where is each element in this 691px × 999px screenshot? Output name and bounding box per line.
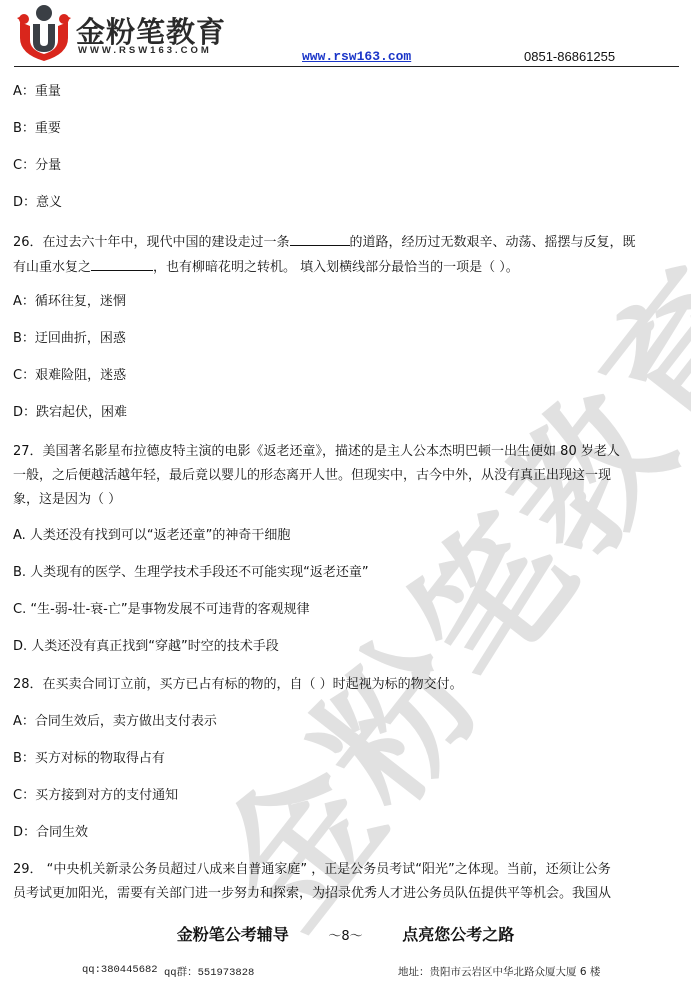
question-28-stem: 28．在买卖合同订立前，买方已占有标的物的，自（ ）时起视为标的物交付。 xyxy=(13,677,463,693)
option-b: B：重要 xyxy=(13,121,61,137)
question-29-stem-line1: 29． “中央机关新录公务员超过八成来自普通家庭” ，正是公务员考试“阳光”之体… xyxy=(13,862,611,878)
option-a: A：重量 xyxy=(13,84,61,100)
footer-qq: qq:380445682 xyxy=(82,964,158,976)
fill-blank xyxy=(290,233,350,246)
option-b: B：买方对标的物取得占有 xyxy=(13,751,165,767)
option-d: D：跌宕起伏，困难 xyxy=(13,405,127,421)
option-d: D：合同生效 xyxy=(13,825,88,841)
question-27-stem-line3: 象，这是因为（ ） xyxy=(13,492,121,508)
phone-number: 0851-86861255 xyxy=(524,49,615,64)
page-header: 金粉笔教育 WWW.RSW163.COM www.rsw163.com 0851… xyxy=(0,0,691,66)
page-footer-title: 金粉笔公考辅导 ～8～ 点亮您公考之路 xyxy=(0,922,691,945)
fill-blank xyxy=(91,258,153,271)
question-27-stem-line1: 27．美国著名影星布拉德皮特主演的电影《返老还童》，描述的是主人公本杰明巴顿一出… xyxy=(13,444,620,460)
option-d: D. 人类还没有真正找到“穿越”时空的技术手段 xyxy=(13,639,279,655)
question-27-stem-line2: 一般，之后便越活越年轻，最后竟以婴儿的形态离开人世。但现实中，古今中外，从没有真… xyxy=(13,468,611,484)
stem-text: 的道路，经历过无数艰辛、动荡、摇摆与反复，既 xyxy=(350,235,636,250)
option-c: C：分量 xyxy=(13,158,61,174)
header-divider xyxy=(14,66,679,67)
option-c: C：艰难险阻，迷惑 xyxy=(13,368,126,384)
stem-text: 26．在过去六十年中，现代中国的建设走过一条 xyxy=(13,235,290,250)
option-c: C. “生-弱-壮-衰-亡”是事物发展不可违背的客观规律 xyxy=(13,602,310,618)
footer-right-slogan: 点亮您公考之路 xyxy=(402,922,514,945)
website-link[interactable]: www.rsw163.com xyxy=(302,49,411,64)
stem-text: ，也有柳暗花明之转机。 填入划横线部分最恰当的一项是（ ）。 xyxy=(153,260,519,275)
footer-qq-group: qq群：551973828 xyxy=(164,964,254,979)
jinfenbi-logo-icon xyxy=(14,4,74,62)
question-26-stem-line2: 有山重水复之，也有柳暗花明之转机。 填入划横线部分最恰当的一项是（ ）。 xyxy=(13,258,519,276)
option-a: A：合同生效后，卖方做出支付表示 xyxy=(13,714,217,730)
footer-left-slogan: 金粉笔公考辅导 xyxy=(177,922,289,945)
stem-text: 有山重水复之 xyxy=(13,260,91,275)
page-number: ～8～ xyxy=(328,925,362,944)
option-a: A. 人类还没有找到可以“返老还童”的神奇干细胞 xyxy=(13,528,290,544)
brand-url: WWW.RSW163.COM xyxy=(78,45,212,56)
question-29-stem-line2: 员考试更加阳光，需要有关部门进一步努力和探索，为招录优秀人才进公务员队伍提供平等… xyxy=(13,886,611,902)
question-26-stem-line1: 26．在过去六十年中，现代中国的建设走过一条的道路，经历过无数艰辛、动荡、摇摆与… xyxy=(13,233,636,251)
option-b: B. 人类现有的医学、生理学技术手段还不可能实现“返老还童” xyxy=(13,565,369,581)
option-c: C：买方接到对方的支付通知 xyxy=(13,788,178,804)
footer-address: 地址：贵阳市云岩区中华北路众厦大厦 6 楼 xyxy=(398,964,600,979)
option-b: B：迂回曲折，困惑 xyxy=(13,331,126,347)
option-d: D：意义 xyxy=(13,195,62,211)
option-a: A：循环往复，迷惘 xyxy=(13,294,126,310)
